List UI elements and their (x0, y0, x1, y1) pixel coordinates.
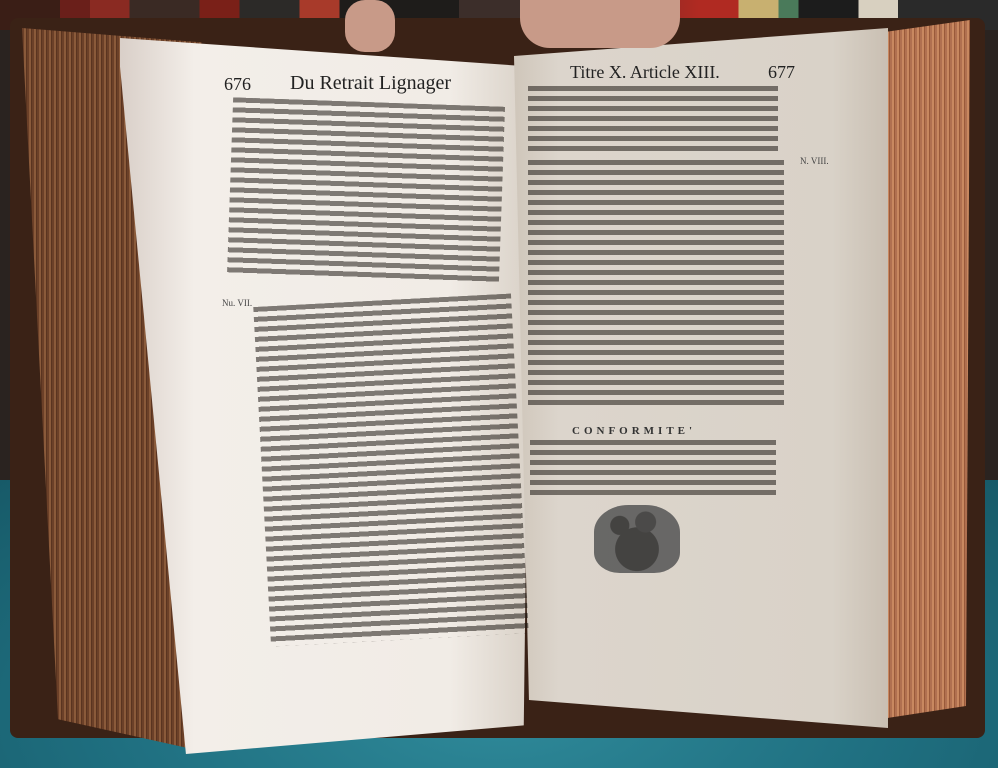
right-running-head: Titre X. Article XIII. (570, 62, 720, 83)
right-text-top (528, 86, 778, 156)
conformite-text (530, 440, 776, 496)
section-heading: CONFORMITE' (572, 425, 696, 437)
left-page-number: 676 (224, 74, 251, 95)
right-text-main (528, 160, 784, 410)
left-margin-note: Nu. VII. (222, 298, 252, 308)
right-margin-note: N. VIII. (800, 156, 829, 166)
printers-ornament-icon (594, 505, 680, 573)
fingers-right (520, 0, 680, 48)
thumb-left (345, 0, 395, 52)
left-text-upper (227, 97, 505, 284)
right-page-number: 677 (768, 62, 795, 83)
left-text-lower (253, 293, 528, 646)
left-running-head: Du Retrait Lignager (290, 72, 451, 95)
